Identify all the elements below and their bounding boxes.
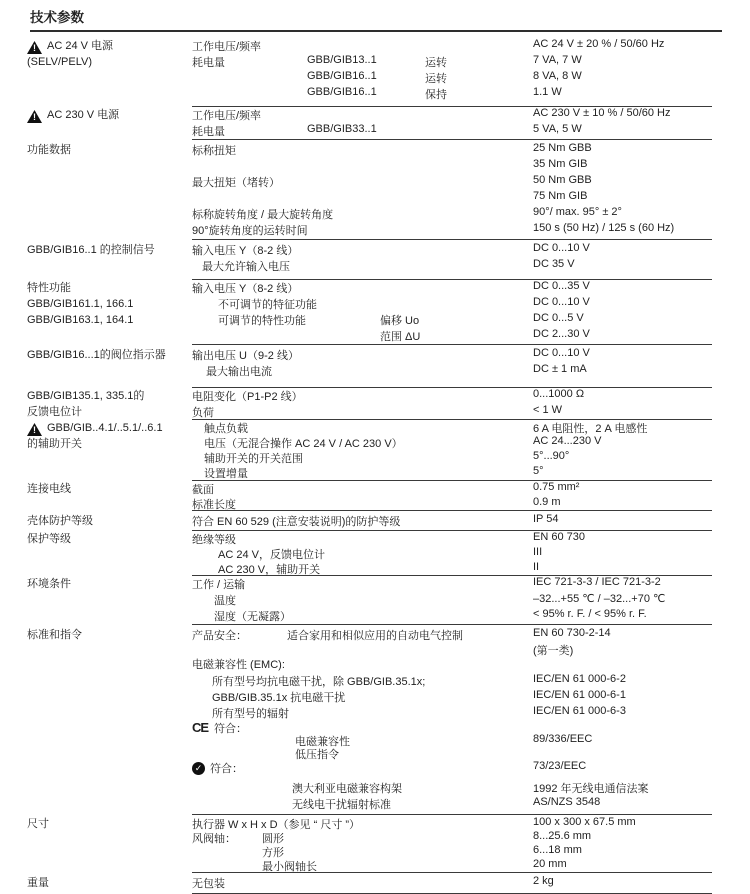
spec-param-group <box>192 158 533 174</box>
section-label-text: GBB/GIB135.1, 335.1的 <box>27 390 144 402</box>
spec-row: 输出电压 U（9-2 线）DC 0...10 V <box>192 347 712 363</box>
spec-value: 1.1 W <box>533 86 712 102</box>
spec-param: 耗电量 <box>192 123 225 139</box>
spec-section: 连接电线截面0.75 mm²标准长度0.9 m <box>0 481 750 511</box>
section-rows: 电阻变化（P1-P2 线）0...1000 Ω负荷< 1 W <box>192 388 712 420</box>
spec-value: 90°/ max. 95° ± 2° <box>533 206 712 222</box>
spec-row: 耗电量GBB/GIB33..15 VA, 5 W <box>192 123 712 139</box>
spec-value: 5°...90° <box>533 450 712 465</box>
section-label-text: 标准和指令 <box>27 629 82 641</box>
spec-row: 工作电压/频率AC 230 V ± 10 % / 50/60 Hz <box>192 107 712 123</box>
spec-value: 150 s (50 Hz) / 125 s (60 Hz) <box>533 222 712 238</box>
section-label-line: 功能数据 <box>27 142 192 158</box>
spec-value: DC 35 V <box>533 258 712 274</box>
spec-row: 范围 ΔUDC 2...30 V <box>192 328 712 344</box>
section-rows: 符合 EN 60 529 (注意安装说明)的防护等级IP 54 <box>192 511 712 531</box>
spec-value: 6...18 mm <box>533 844 712 858</box>
spec-section: GBB/GIB135.1, 335.1的反馈电位计电阻变化（P1-P2 线）0.… <box>0 388 750 420</box>
section-label-text: GBB/GIB16..1 的控制信号 <box>27 244 155 256</box>
section-rows: 工作 / 运输IEC 721-3-3 / IEC 721-3-2温度–32...… <box>192 576 712 625</box>
spec-row: 标称旋转角度 / 最大旋转角度90°/ max. 95° ± 2° <box>192 206 712 222</box>
spec-row: 湿度（无凝露）< 95% r. F. / < 95% r. F. <box>192 608 712 624</box>
spec-row: GBB/GIB.35.1x 抗电磁干扰IEC/EN 61 000-6-1 <box>192 689 712 705</box>
spec-value: EN 60 730 <box>533 531 712 546</box>
spec-value <box>533 746 712 760</box>
spec-param-group: 无包装 <box>192 875 533 891</box>
spec-param-group: 范围 ΔU <box>192 328 533 344</box>
section-label-line: !GBB/GIB..4.1/..5.1/..6.1 <box>27 420 192 436</box>
spec-section: 环境条件工作 / 运输IEC 721-3-3 / IEC 721-3-2温度–3… <box>0 576 750 625</box>
spec-value: (第一类) <box>533 642 712 656</box>
spec-row: 负荷< 1 W <box>192 404 712 419</box>
spec-param-group: 标准长度 <box>192 496 533 510</box>
section-label: GBB/GIB16...1的阀位指示器 <box>0 345 192 388</box>
warning-icon: ! <box>27 110 42 123</box>
spec-value: DC 0...10 V <box>533 347 712 363</box>
spec-value: 2 kg <box>533 875 712 891</box>
spec-row: 产品安全：适合家用和相似应用的自动电气控制EN 60 730-2-14 <box>192 627 712 642</box>
spec-value: IEC/EN 61 000-6-1 <box>533 689 712 705</box>
section-label-line: 重量 <box>27 875 192 891</box>
section-label-line: 连接电线 <box>27 481 192 497</box>
spec-param: AC 230 V，辅助开关 <box>218 561 320 577</box>
spec-row: AC 230 V，辅助开关II <box>192 561 712 575</box>
page-header: 技术参数 <box>30 8 722 32</box>
section-label: 连接电线 <box>0 481 192 511</box>
spec-param: 最大允许输入电压 <box>202 258 290 274</box>
section-rows: 标称扭矩25 Nm GBB35 Nm GIB最大扭矩（堵转）50 Nm GBB7… <box>192 140 712 240</box>
spec-param: 绝缘等级 <box>192 531 236 547</box>
spec-param: 最大输出电流 <box>206 363 272 379</box>
spec-param: 触点负载 <box>204 420 248 436</box>
spec-param: 符合 EN 60 529 (注意安装说明)的防护等级 <box>192 513 400 529</box>
spec-param-group: 澳大利亚电磁兼容构架 <box>192 780 533 796</box>
spec-param-group: 工作 / 运输 <box>192 576 533 592</box>
section-label: 特性功能GBB/GIB161.1, 166.1GBB/GIB163.1, 164… <box>0 280 192 345</box>
spec-param: 温度 <box>214 592 236 608</box>
spec-row: 输入电压 Y（8-2 线）DC 0...35 V <box>192 280 712 296</box>
section-label: 尺寸 <box>0 815 192 873</box>
spec-param: 无线电干扰辐射标准 <box>292 796 391 812</box>
c-tick-icon: ✓ <box>192 762 205 775</box>
spec-param-group: GBB/GIB16..1保持 <box>192 86 533 102</box>
section-label-line: 壳体防护等级 <box>27 513 192 529</box>
spec-param: 标称扭矩 <box>192 142 236 158</box>
spec-param-group: 工作电压/频率 <box>192 107 533 123</box>
spec-param: 电压（无混合操作 AC 24 V / AC 230 V） <box>204 435 403 451</box>
spec-value <box>533 656 712 673</box>
spec-table: !AC 24 V 电源(SELV/PELV)工作电压/频率AC 24 V ± 2… <box>0 32 750 894</box>
spec-row: 方形6...18 mm <box>192 844 712 858</box>
spec-param-group: 最大扭矩（堵转） <box>192 174 533 190</box>
spec-param: 可调节的特性功能 <box>218 312 306 328</box>
spec-value: < 95% r. F. / < 95% r. F. <box>533 608 712 624</box>
spec-value: DC 0...10 V <box>533 296 712 312</box>
spec-param: AC 24 V，反馈电位计 <box>218 546 325 562</box>
spec-param-group: 负荷 <box>192 404 533 419</box>
spec-value: DC 0...35 V <box>533 280 712 296</box>
section-label-line: !AC 24 V 电源 <box>27 38 192 54</box>
spec-param-group: 触点负载 <box>192 420 533 435</box>
spec-param: 截面 <box>192 481 214 497</box>
spec-param-group: CE符合： <box>192 720 533 733</box>
section-label-text: 环境条件 <box>27 578 71 590</box>
spec-param: 所有型号的辐射 <box>212 705 289 721</box>
section-label-line: 反馈电位计 <box>27 404 192 420</box>
spec-value: 5 VA, 5 W <box>533 123 712 139</box>
spec-param: 标准长度 <box>192 496 236 512</box>
section-rows: 输入电压 Y（8-2 线）DC 0...10 V最大允许输入电压DC 35 V. <box>192 240 712 280</box>
spec-row: 工作 / 运输IEC 721-3-3 / IEC 721-3-2 <box>192 576 712 592</box>
spec-param-group: 输出电压 U（9-2 线） <box>192 347 533 363</box>
spec-param: GBB/GIB33..1 <box>307 123 377 135</box>
spec-param-group: 所有型号均抗电磁干扰，除 GBB/GIB.35.1x; <box>192 673 533 689</box>
spec-row: (第一类) <box>192 642 712 656</box>
spec-row: 输入电压 Y（8-2 线）DC 0...10 V <box>192 242 712 258</box>
spec-param-group: 无线电干扰辐射标准 <box>192 796 533 812</box>
spec-section: 标准和指令产品安全：适合家用和相似应用的自动电气控制EN 60 730-2-14… <box>0 625 750 815</box>
spec-param-group: 电压（无混合操作 AC 24 V / AC 230 V） <box>192 435 533 450</box>
spec-param: 运转 <box>425 70 447 86</box>
section-label-text: 功能数据 <box>27 144 71 156</box>
spec-section: !GBB/GIB..4.1/..5.1/..6.1的辅助开关触点负载6 A 电阻… <box>0 420 750 481</box>
spec-row: 温度–32...+55 ℃ / –32...+70 ℃ <box>192 592 712 608</box>
spec-row: 触点负载6 A 电阻性，2 A 电感性 <box>192 420 712 435</box>
spec-param-group: 方形 <box>192 844 533 858</box>
spec-value: IP 54 <box>533 513 712 529</box>
section-label-text: 特性功能 <box>27 282 71 294</box>
spec-param-group: AC 24 V，反馈电位计 <box>192 546 533 561</box>
spec-row: 辅助开关的开关范围5°...90° <box>192 450 712 465</box>
spec-param-group: 输入电压 Y（8-2 线） <box>192 242 533 258</box>
spec-row: ✓符合：73/23/EEC <box>192 760 712 780</box>
section-label-text: 重量 <box>27 877 49 889</box>
spec-param-group: 电磁兼容性 (EMC): <box>192 656 533 673</box>
section-label-line: 的辅助开关 <box>27 436 192 452</box>
section-label-line: (SELV/PELV) <box>27 54 192 70</box>
spec-param: 90°旋转角度的运转时间 <box>192 222 308 238</box>
spec-param-group: 最小阀轴长 <box>192 858 533 872</box>
spec-param: ✓ <box>192 760 209 775</box>
spec-param: 所有型号均抗电磁干扰，除 GBB/GIB.35.1x; <box>212 673 425 689</box>
spec-param-group: 耗电量GBB/GIB33..1 <box>192 123 533 139</box>
spec-value: . <box>533 274 712 279</box>
spec-value: 75 Nm GIB <box>533 190 712 206</box>
spec-param-group: 所有型号的辐射 <box>192 705 533 720</box>
spec-param-group: 执行器 W x H x D（参见 “ 尺寸 ”） <box>192 816 533 830</box>
section-label-line: GBB/GIB16..1 的控制信号 <box>27 242 192 258</box>
spec-value: 8...25.6 mm <box>533 830 712 844</box>
section-label: !AC 230 V 电源 <box>0 107 192 140</box>
spec-param-group: 产品安全：适合家用和相似应用的自动电气控制 <box>192 627 533 642</box>
spec-value: IEC 721-3-3 / IEC 721-3-2 <box>533 576 712 592</box>
spec-section: 壳体防护等级符合 EN 60 529 (注意安装说明)的防护等级IP 54 <box>0 511 750 531</box>
spec-row: 最大允许输入电压DC 35 V <box>192 258 712 274</box>
spec-value: 7 VA, 7 W <box>533 54 712 70</box>
spec-row: 工作电压/频率AC 24 V ± 20 % / 50/60 Hz <box>192 38 712 54</box>
spec-value: IEC/EN 61 000-6-3 <box>533 705 712 720</box>
section-label-text: 连接电线 <box>27 483 71 495</box>
spec-param: GBB/GIB16..1 <box>307 70 377 82</box>
section-label-text: AC 230 V 电源 <box>47 109 119 121</box>
spec-param: 符合： <box>210 760 243 776</box>
spec-param-group: 电阻变化（P1-P2 线） <box>192 388 533 404</box>
spec-row: 电磁兼容性89/336/EEC <box>192 733 712 746</box>
section-label-line: 尺寸 <box>27 816 192 832</box>
spec-row: 90°旋转角度的运转时间150 s (50 Hz) / 125 s (60 Hz… <box>192 222 712 238</box>
section-label-text: 尺寸 <box>27 818 49 830</box>
spec-section: 功能数据标称扭矩25 Nm GBB35 Nm GIB最大扭矩（堵转）50 Nm … <box>0 140 750 240</box>
section-label-text: GBB/GIB..4.1/..5.1/..6.1 <box>47 422 163 434</box>
spec-param-group: 工作电压/频率 <box>192 38 533 54</box>
spec-value: AC 24...230 V <box>533 435 712 450</box>
spec-value: DC 0...10 V <box>533 242 712 258</box>
spec-param: 输出电压 U（9-2 线） <box>192 347 299 363</box>
spec-row: 最小阀轴长20 mm <box>192 858 712 872</box>
spec-row: 电阻变化（P1-P2 线）0...1000 Ω <box>192 388 712 404</box>
spec-param: 输入电压 Y（8-2 线） <box>192 280 298 296</box>
section-label-line: 保护等级 <box>27 531 192 547</box>
spec-param-group: 截面 <box>192 481 533 496</box>
spec-param: 适合家用和相似应用的自动电气控制 <box>287 627 463 643</box>
spec-row: 截面0.75 mm² <box>192 481 712 496</box>
spec-param: 产品安全： <box>192 627 247 643</box>
section-label-text: GBB/GIB161.1, 166.1 <box>27 298 133 310</box>
spec-param: 设置增量 <box>204 465 248 481</box>
spec-section: GBB/GIB16..1 的控制信号输入电压 Y（8-2 线）DC 0...10… <box>0 240 750 280</box>
section-rows: 绝缘等级EN 60 730AC 24 V，反馈电位计IIIAC 230 V，辅助… <box>192 531 712 576</box>
spec-param: 电磁兼容性 (EMC): <box>192 656 285 672</box>
spec-param-group: 风阀轴：圆形 <box>192 830 533 844</box>
spec-param-group: 辅助开关的开关范围 <box>192 450 533 465</box>
spec-param-group: 最大输出电流 <box>192 363 533 379</box>
spec-row: 符合 EN 60 529 (注意安装说明)的防护等级IP 54 <box>192 513 712 529</box>
spec-value: 35 Nm GIB <box>533 158 712 174</box>
spec-row: 设置增量5° <box>192 465 712 480</box>
section-label-text: GBB/GIB163.1, 164.1 <box>27 314 133 326</box>
spec-value: 100 x 300 x 67.5 mm <box>533 816 712 830</box>
spec-row: 低压指令 <box>192 746 712 760</box>
spec-row: AC 24 V，反馈电位计III <box>192 546 712 561</box>
spec-param-group: ✓符合： <box>192 760 533 780</box>
spec-row: 35 Nm GIB <box>192 158 712 174</box>
section-label: 壳体防护等级 <box>0 511 192 531</box>
spec-param: 最大扭矩（堵转） <box>192 174 280 190</box>
spec-param: 澳大利亚电磁兼容构架 <box>292 780 402 796</box>
spec-param-group: GBB/GIB16..1运转 <box>192 70 533 86</box>
spec-param-group: GBB/GIB.35.1x 抗电磁干扰 <box>192 689 533 705</box>
spec-param: 负荷 <box>192 404 214 420</box>
spec-value: 0.9 m <box>533 496 712 510</box>
section-label-text: 保护等级 <box>27 533 71 545</box>
spec-row: 可调节的特性功能偏移 UoDC 0...5 V <box>192 312 712 328</box>
spec-param-group: 可调节的特性功能偏移 Uo <box>192 312 533 328</box>
spec-row: CE符合： <box>192 720 712 733</box>
section-label-text: (SELV/PELV) <box>27 56 92 68</box>
section-label: 环境条件 <box>0 576 192 625</box>
spec-value: III <box>533 546 712 561</box>
spec-value: –32...+55 ℃ / –32...+70 ℃ <box>533 592 712 608</box>
section-label: !GBB/GIB..4.1/..5.1/..6.1的辅助开关 <box>0 420 192 481</box>
spec-param-group: 电磁兼容性 <box>192 733 533 746</box>
spec-row: 所有型号均抗电磁干扰，除 GBB/GIB.35.1x;IEC/EN 61 000… <box>192 673 712 689</box>
section-label-text: AC 24 V 电源 <box>47 40 113 52</box>
spec-value: EN 60 730-2-14 <box>533 627 712 642</box>
spec-row: 标称扭矩25 Nm GBB <box>192 142 712 158</box>
section-label: 功能数据 <box>0 140 192 240</box>
section-rows: 输入电压 Y（8-2 线）DC 0...35 V不可调节的特征功能DC 0...… <box>192 280 712 345</box>
spec-param-group: 低压指令 <box>192 746 533 760</box>
spec-value: DC 2...30 V <box>533 328 712 344</box>
spec-param-group: 90°旋转角度的运转时间 <box>192 222 533 238</box>
spec-param: 工作 / 运输 <box>192 576 245 592</box>
spec-section: GBB/GIB16...1的阀位指示器输出电压 U（9-2 线）DC 0...1… <box>0 345 750 388</box>
spec-value: AC 230 V ± 10 % / 50/60 Hz <box>533 107 712 123</box>
spec-row: 澳大利亚电磁兼容构架1992 年无线电通信法案 <box>192 780 712 796</box>
section-label: GBB/GIB135.1, 335.1的反馈电位计 <box>0 388 192 420</box>
section-label-text: 的辅助开关 <box>27 438 82 450</box>
section-label: 标准和指令 <box>0 625 192 815</box>
spec-param: GBB/GIB13..1 <box>307 54 377 66</box>
spec-param: 不可调节的特征功能 <box>218 296 317 312</box>
spec-param-group <box>192 190 533 206</box>
section-rows: 执行器 W x H x D（参见 “ 尺寸 ”）100 x 300 x 67.5… <box>192 815 712 873</box>
section-rows: 输出电压 U（9-2 线）DC 0...10 V最大输出电流DC ± 1 mA <box>192 345 712 388</box>
spec-value: 73/23/EEC <box>533 760 712 780</box>
spec-section: !AC 24 V 电源(SELV/PELV)工作电压/频率AC 24 V ± 2… <box>0 32 750 107</box>
spec-row: 风阀轴：圆形8...25.6 mm <box>192 830 712 844</box>
section-label-line: !AC 230 V 电源 <box>27 107 192 123</box>
spec-value: AS/NZS 3548 <box>533 796 712 812</box>
spec-row: 电磁兼容性 (EMC): <box>192 656 712 673</box>
spec-value: 5° <box>533 465 712 480</box>
warning-icon: ! <box>27 423 42 436</box>
spec-value: 8 VA, 8 W <box>533 70 712 86</box>
section-label-text: 壳体防护等级 <box>27 515 93 527</box>
spec-row: 电压（无混合操作 AC 24 V / AC 230 V）AC 24...230 … <box>192 435 712 450</box>
spec-value: 20 mm <box>533 858 712 872</box>
spec-row: 所有型号的辐射IEC/EN 61 000-6-3 <box>192 705 712 720</box>
spec-value: 0.75 mm² <box>533 481 712 496</box>
section-label: 重量 <box>0 873 192 894</box>
spec-value <box>533 720 712 733</box>
spec-row: 无线电干扰辐射标准AS/NZS 3548 <box>192 796 712 812</box>
section-label-text: GBB/GIB16...1的阀位指示器 <box>27 349 166 361</box>
spec-section: 特性功能GBB/GIB161.1, 166.1GBB/GIB163.1, 164… <box>0 280 750 345</box>
spec-row: 75 Nm GIB <box>192 190 712 206</box>
section-rows: 截面0.75 mm²标准长度0.9 m <box>192 481 712 511</box>
spec-row: 无包装2 kg <box>192 875 712 891</box>
spec-section: 尺寸执行器 W x H x D（参见 “ 尺寸 ”）100 x 300 x 67… <box>0 815 750 873</box>
spec-row: GBB/GIB16..1运转8 VA, 8 W <box>192 70 712 86</box>
section-label: 保护等级 <box>0 531 192 576</box>
spec-value: AC 24 V ± 20 % / 50/60 Hz <box>533 38 712 54</box>
spec-param-group: 绝缘等级 <box>192 531 533 546</box>
spec-param-group: 设置增量 <box>192 465 533 480</box>
spec-value: 0...1000 Ω <box>533 388 712 404</box>
spec-param-group: 温度 <box>192 592 533 608</box>
spec-param-group: 最大允许输入电压 <box>192 258 533 274</box>
spec-param: 保持 <box>425 86 447 102</box>
spec-param-group: 标称扭矩 <box>192 142 533 158</box>
spec-param-group <box>192 274 533 279</box>
spec-param-group: 输入电压 Y（8-2 线） <box>192 280 533 296</box>
spec-param: 最小阀轴长 <box>262 858 317 874</box>
spec-param-group: 符合 EN 60 529 (注意安装说明)的防护等级 <box>192 513 533 529</box>
spec-value: IEC/EN 61 000-6-2 <box>533 673 712 689</box>
spec-row: 耗电量GBB/GIB13..1运转7 VA, 7 W <box>192 54 712 70</box>
spec-row: 最大输出电流DC ± 1 mA <box>192 363 712 379</box>
spec-param: 电阻变化（P1-P2 线） <box>192 388 303 404</box>
spec-section: 重量无包装2 kg <box>0 873 750 894</box>
spec-param: 标称旋转角度 / 最大旋转角度 <box>192 206 333 222</box>
spec-value: 25 Nm GBB <box>533 142 712 158</box>
section-rows: 产品安全：适合家用和相似应用的自动电气控制EN 60 730-2-14(第一类)… <box>192 625 712 815</box>
spec-param: 偏移 Uo <box>380 312 419 328</box>
spec-param-group: 标称旋转角度 / 最大旋转角度 <box>192 206 533 222</box>
spec-param: 工作电压/频率 <box>192 38 261 54</box>
spec-row: GBB/GIB16..1保持1.1 W <box>192 86 712 102</box>
spec-param-group <box>192 642 533 656</box>
section-label-line: GBB/GIB163.1, 164.1 <box>27 312 192 328</box>
spec-row: 执行器 W x H x D（参见 “ 尺寸 ”）100 x 300 x 67.5… <box>192 816 712 830</box>
spec-param: 湿度（无凝露） <box>214 608 291 624</box>
spec-param: GBB/GIB.35.1x 抗电磁干扰 <box>212 689 345 705</box>
spec-param: 输入电压 Y（8-2 线） <box>192 242 298 258</box>
section-label-line: GBB/GIB161.1, 166.1 <box>27 296 192 312</box>
spec-value: < 1 W <box>533 404 712 419</box>
spec-row: 不可调节的特征功能DC 0...10 V <box>192 296 712 312</box>
spec-row: . <box>192 274 712 279</box>
spec-row: 标准长度0.9 m <box>192 496 712 510</box>
section-label-line: GBB/GIB16...1的阀位指示器 <box>27 347 192 363</box>
section-label-line: GBB/GIB135.1, 335.1的 <box>27 388 192 404</box>
spec-section: !AC 230 V 电源工作电压/频率AC 230 V ± 10 % / 50/… <box>0 107 750 140</box>
spec-param: 辅助开关的开关范围 <box>204 450 303 466</box>
spec-param: 运转 <box>425 54 447 70</box>
spec-row: 最大扭矩（堵转）50 Nm GBB <box>192 174 712 190</box>
warning-icon: ! <box>27 41 42 54</box>
section-rows: 触点负载6 A 电阻性，2 A 电感性电压（无混合操作 AC 24 V / AC… <box>192 420 712 481</box>
spec-param: 范围 ΔU <box>380 328 420 344</box>
spec-param-group: 不可调节的特征功能 <box>192 296 533 312</box>
section-label-line: 特性功能 <box>27 280 192 296</box>
spec-value: II <box>533 561 712 575</box>
section-label: GBB/GIB16..1 的控制信号 <box>0 240 192 280</box>
section-label-line: 标准和指令 <box>27 627 192 643</box>
section-label-text: 反馈电位计 <box>27 406 82 418</box>
spec-row: 绝缘等级EN 60 730 <box>192 531 712 546</box>
spec-value: DC ± 1 mA <box>533 363 712 379</box>
spec-value: 50 Nm GBB <box>533 174 712 190</box>
spec-section: 保护等级绝缘等级EN 60 730AC 24 V，反馈电位计IIIAC 230 … <box>0 531 750 576</box>
spec-param-group: 湿度（无凝露） <box>192 608 533 624</box>
spec-param: 工作电压/频率 <box>192 107 261 123</box>
spec-param: 无包装 <box>192 875 225 891</box>
spec-param: 耗电量 <box>192 54 225 70</box>
page-title: 技术参数 <box>30 8 722 28</box>
spec-value: 1992 年无线电通信法案 <box>533 780 712 796</box>
spec-value: 89/336/EEC <box>533 733 712 746</box>
section-rows: 工作电压/频率AC 230 V ± 10 % / 50/60 Hz耗电量GBB/… <box>192 107 712 140</box>
section-label: !AC 24 V 电源(SELV/PELV) <box>0 32 192 107</box>
spec-param-group: 耗电量GBB/GIB13..1运转 <box>192 54 533 70</box>
spec-value: DC 0...5 V <box>533 312 712 328</box>
spec-param: GBB/GIB16..1 <box>307 86 377 98</box>
section-rows: 无包装2 kg <box>192 873 712 894</box>
section-label-line: 环境条件 <box>27 576 192 592</box>
spec-param-group: AC 230 V，辅助开关 <box>192 561 533 575</box>
